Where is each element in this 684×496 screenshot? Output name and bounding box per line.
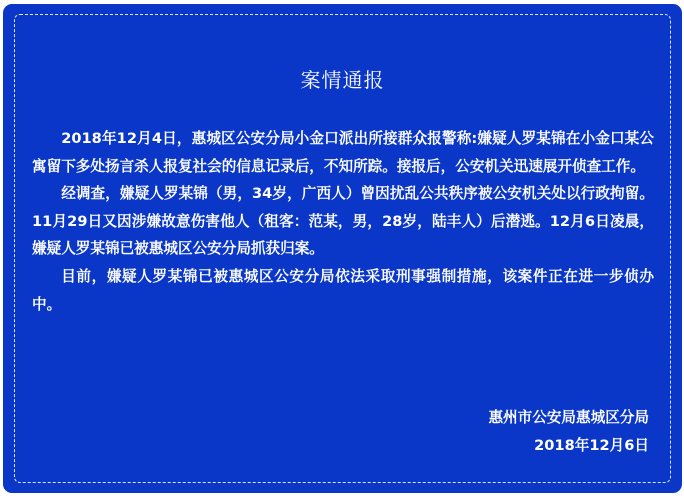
issue-date: 2018年12月6日 (488, 432, 649, 460)
paragraph-3: 目前，嫌疑人罗某锦已被惠城区公安分局依法采取刑事强制措施，该案件正在进一步侦办中… (32, 263, 654, 318)
notice-title: 案情通报 (3, 64, 682, 93)
signature-block: 惠州市公安局惠城区分局 2018年12月6日 (488, 404, 649, 460)
notice-body: 2018年12月4日，惠城区公安分局小金口派出所接群众报警称:嫌疑人罗某锦在小金… (32, 125, 654, 318)
issuer: 惠州市公安局惠城区分局 (488, 404, 649, 432)
notice-panel: 案情通报 2018年12月4日，惠城区公安分局小金口派出所接群众报警称:嫌疑人罗… (3, 4, 682, 493)
paragraph-2: 经调查，嫌疑人罗某锦（男，34岁，广西人）曾因扰乱公共秩序被公安机关处以行政拘留… (32, 180, 654, 263)
paragraph-1: 2018年12月4日，惠城区公安分局小金口派出所接群众报警称:嫌疑人罗某锦在小金… (32, 125, 654, 180)
